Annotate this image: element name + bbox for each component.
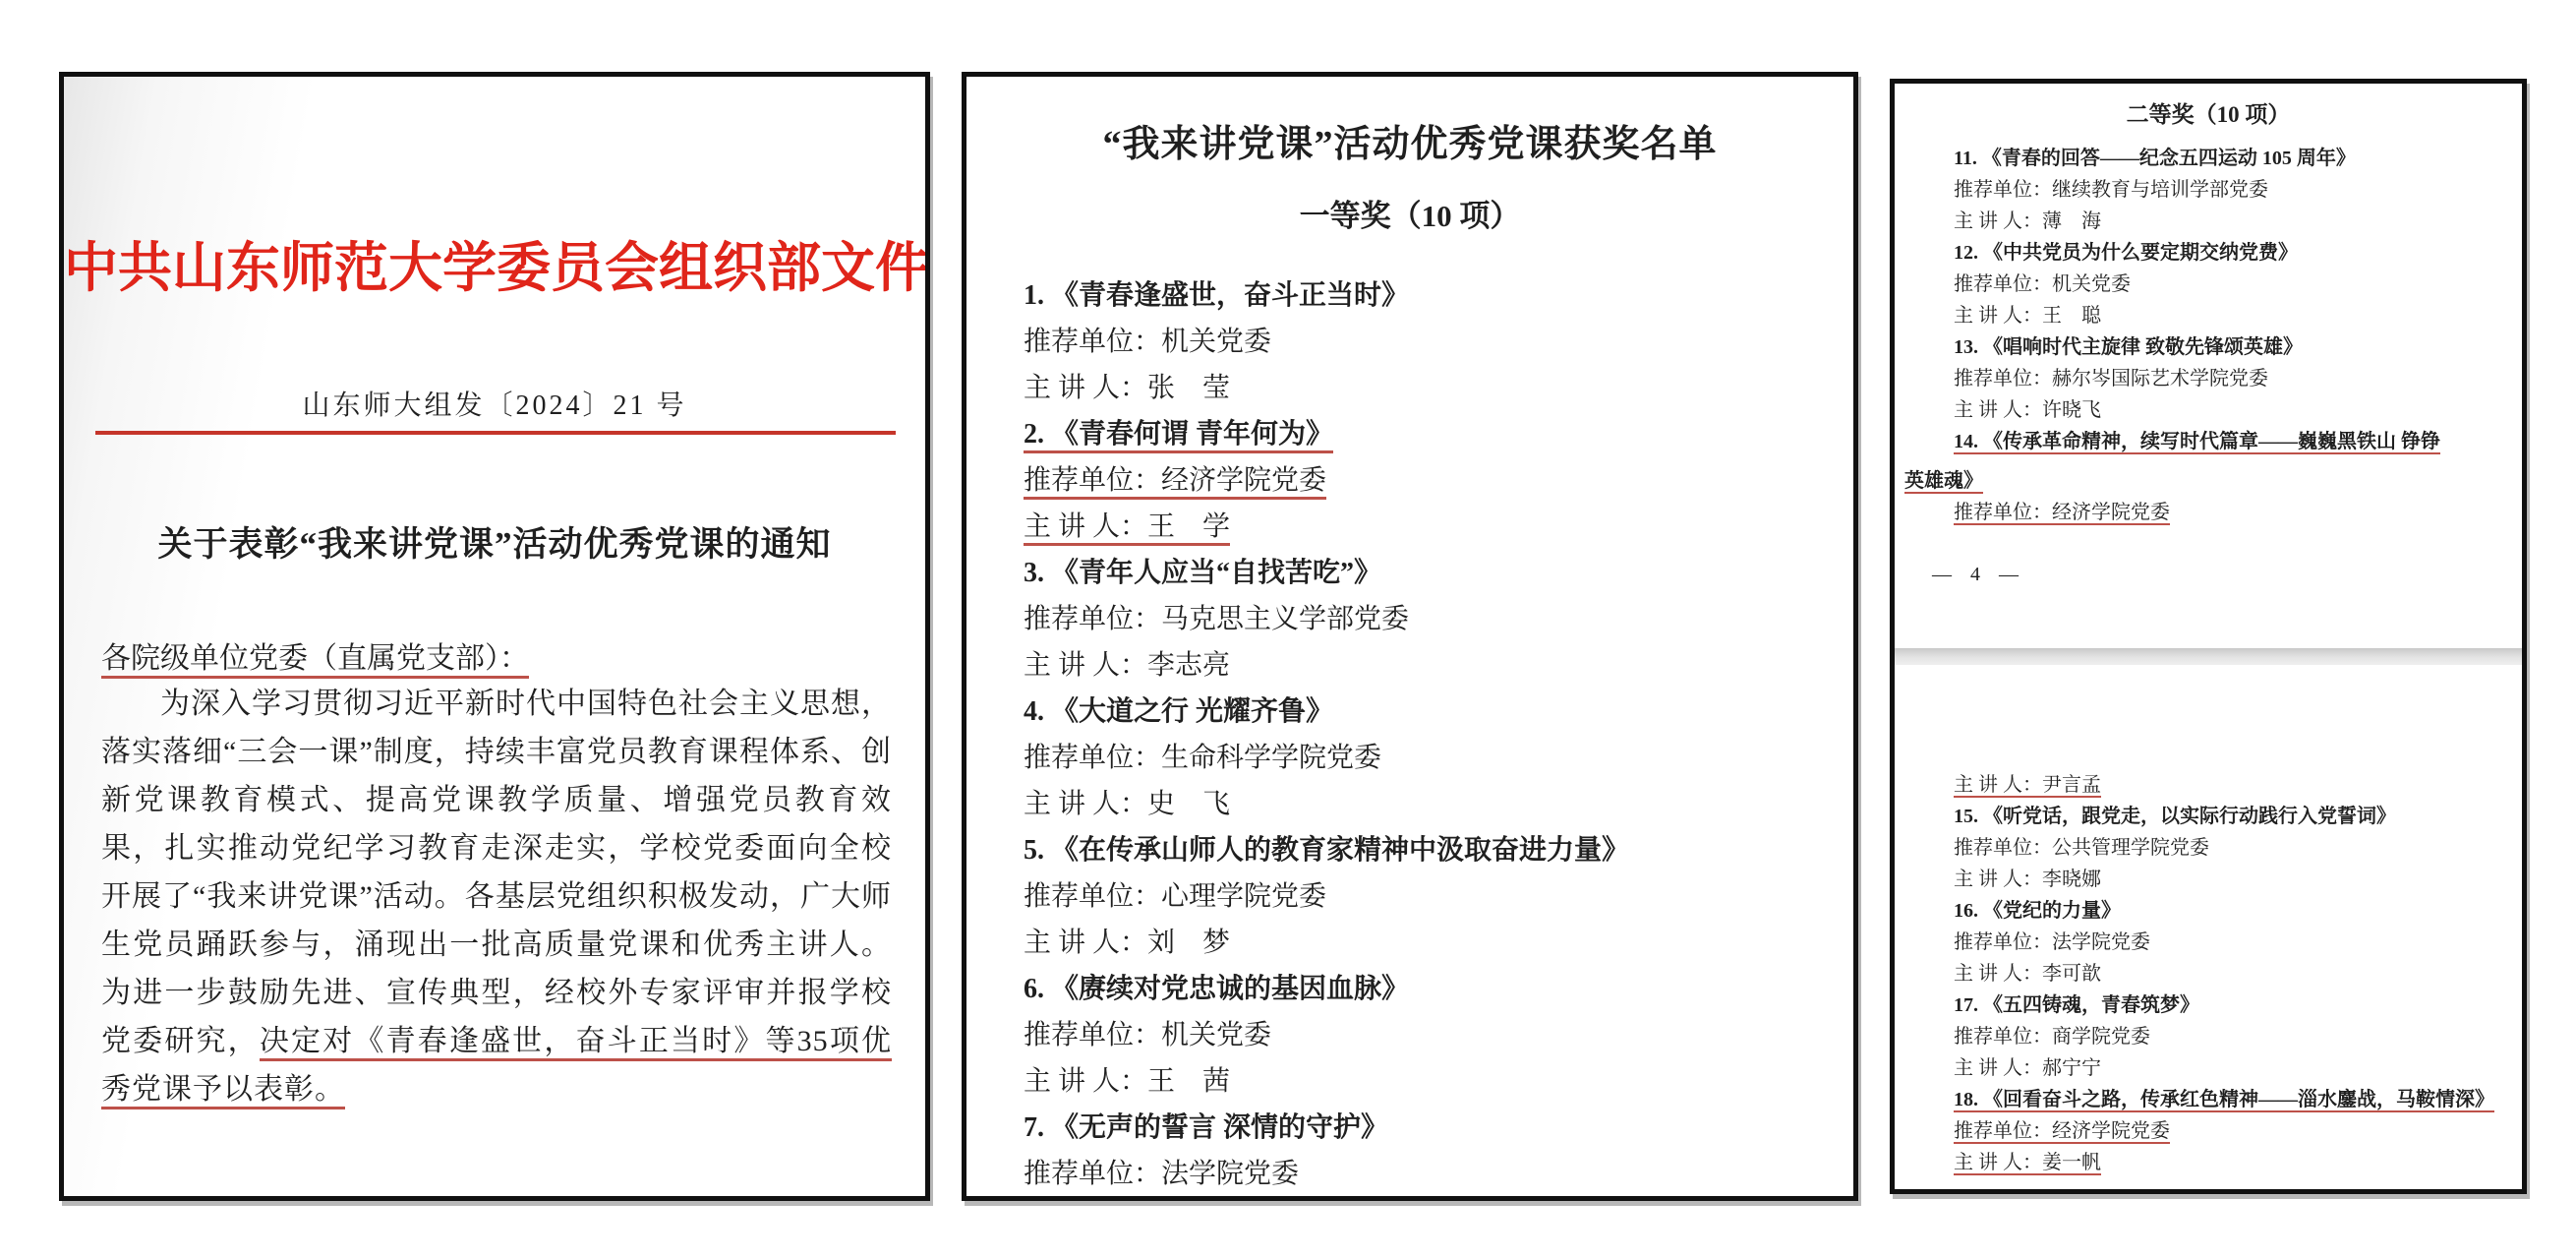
doc-line: 主 讲 人：张 莹: [1024, 365, 1826, 411]
first-prize-section-heading: 一等奖（10 项）: [966, 192, 1853, 241]
page-gap-band: [1895, 648, 2522, 665]
doc-line: 主 讲 人：王 学: [1024, 504, 1826, 550]
award-list-page-second-prize: 二等奖（10 项） 11. 《青春的回答——纪念五四运动 105 周年》推荐单位…: [1890, 79, 2527, 1194]
doc-line: 推荐单位：机关党委: [1024, 319, 1826, 365]
doc-line: 推荐单位：赫尔岑国际艺术学院党委: [1954, 363, 2508, 394]
doc-line: 主 讲 人：史 飞: [1024, 781, 1826, 827]
doc-line: 推荐单位：继续教育与培训学部党委: [1954, 174, 2508, 206]
doc-line: 14. 《传承革命精神，续写时代篇章——巍巍黑铁山 铮铮: [1954, 426, 2508, 457]
doc-line: 主 讲 人：李可歆: [1954, 958, 2508, 989]
doc-line: 推荐单位：机关党委: [1024, 1012, 1826, 1058]
doc-line: 12. 《中共党员为什么要定期交纳党费》: [1954, 237, 2508, 269]
doc-line: 主 讲 人：李志亮: [1024, 642, 1826, 689]
award-list-title: “我来讲党课”活动优秀党课获奖名单: [966, 120, 1853, 169]
first-prize-list: 1. 《青春逢盛世，奋斗正当时》推荐单位：机关党委主 讲 人：张 莹2. 《青春…: [966, 272, 1853, 1197]
second-prize-list-bottom: 主 讲 人：尹言孟15. 《听党话，跟党走，以实际行动践行入党誓词》推荐单位：公…: [1895, 769, 2522, 1178]
doc-line: 英雄魂》: [1904, 465, 2508, 497]
notice-title: 关于表彰“我来讲党课”活动优秀党课的通知: [64, 517, 925, 567]
screenshot-root: { "accent": { "masthead_red": "#e0251a",…: [0, 0, 2576, 1259]
doc-line: 16. 《党纪的力量》: [1954, 895, 2508, 927]
doc-line: 推荐单位：经济学院党委: [1024, 457, 1826, 504]
salutation-text: 各院级单位党委（直属党支部）：: [101, 642, 529, 679]
doc-line: 5. 《在传承山师人的教育家精神中汲取奋进力量》: [1024, 827, 1826, 873]
doc-line: 6. 《赓续对党忠诚的基因血脉》: [1024, 966, 1826, 1012]
doc-line: 推荐单位：法学院党委: [1954, 927, 2508, 958]
doc-line: 2. 《青春何谓 青年何为》: [1024, 411, 1826, 457]
doc-line: 推荐单位：机关党委: [1954, 269, 2508, 300]
doc-line: 推荐单位：经济学院党委: [1954, 1115, 2508, 1147]
red-separator-line: [95, 431, 896, 435]
doc-line: 主 讲 人：郝宁宁: [1954, 1052, 2508, 1084]
doc-line: 主 讲 人：王 茜: [1024, 1058, 1826, 1105]
second-prize-list-top: 11. 《青春的回答——纪念五四运动 105 周年》推荐单位：继续教育与培训学部…: [1895, 143, 2522, 528]
doc-line: 3. 《青年人应当“自找苦吃”》: [1024, 550, 1826, 596]
doc-line: 18. 《回看奋斗之路，传承红色精神——淄水鏖战，马鞍情深》: [1954, 1084, 2508, 1115]
second-prize-section-heading: 二等奖（10 项）: [1895, 99, 2522, 131]
doc-line: 15. 《听党话，跟党走，以实际行动践行入党誓词》: [1954, 801, 2508, 832]
doc-line: 推荐单位：生命科学学院党委: [1024, 735, 1826, 781]
doc-line: 主 讲 人：王 聪: [1954, 300, 2508, 331]
red-masthead-title: 中共山东师范大学委员会组织部文件: [64, 224, 925, 302]
doc-line: 主 讲 人：尹言孟: [1954, 769, 2508, 801]
doc-line: 推荐单位：经济学院党委: [1954, 497, 2508, 528]
doc-line: 主 讲 人：薄 海: [1954, 206, 2508, 237]
doc-line: 7. 《无声的誓言 深情的守护》: [1024, 1105, 1826, 1151]
doc-line: 1. 《青春逢盛世，奋斗正当时》: [1024, 272, 1826, 319]
salutation-line: 各院级单位党委（直属党支部）：: [101, 641, 529, 677]
notice-document-page: 中共山东师范大学委员会组织部文件 山东师大组发〔2024〕21 号 关于表彰“我…: [59, 72, 930, 1201]
body-text-main: 为深入学习贯彻习近平新时代中国特色社会主义思想，落实落细“三会一课”制度，持续丰…: [101, 688, 892, 1057]
doc-line: 推荐单位：法学院党委: [1024, 1151, 1826, 1197]
doc-line: 主 讲 人：刘 梦: [1024, 920, 1826, 966]
document-number: 山东师大组发〔2024〕21 号: [64, 384, 925, 423]
doc-line: 主 讲 人：姜一帆: [1954, 1147, 2508, 1178]
doc-line: 4. 《大道之行 光耀齐鲁》: [1024, 689, 1826, 735]
doc-line: 推荐单位：心理学院党委: [1024, 873, 1826, 920]
doc-line: 17. 《五四铸魂，青春筑梦》: [1954, 989, 2508, 1021]
doc-line: 主 讲 人：许晓飞: [1954, 394, 2508, 426]
doc-line: 13. 《唱响时代主旋律 致敬先锋颂英雄》: [1954, 331, 2508, 363]
doc-line: 推荐单位：马克思主义学部党委: [1024, 596, 1826, 642]
notice-body-paragraph: 为深入学习贯彻习近平新时代中国特色社会主义思想，落实落细“三会一课”制度，持续丰…: [101, 680, 892, 1113]
page-number: — 4 —: [1895, 564, 2522, 586]
award-list-page-first-prize: “我来讲党课”活动优秀党课获奖名单 一等奖（10 项） 1. 《青春逢盛世，奋斗…: [962, 72, 1858, 1201]
doc-line: 推荐单位：公共管理学院党委: [1954, 832, 2508, 864]
doc-line: 11. 《青春的回答——纪念五四运动 105 周年》: [1954, 143, 2508, 174]
doc-line: 推荐单位：商学院党委: [1954, 1021, 2508, 1052]
doc-line: 主 讲 人：李晓娜: [1954, 864, 2508, 895]
